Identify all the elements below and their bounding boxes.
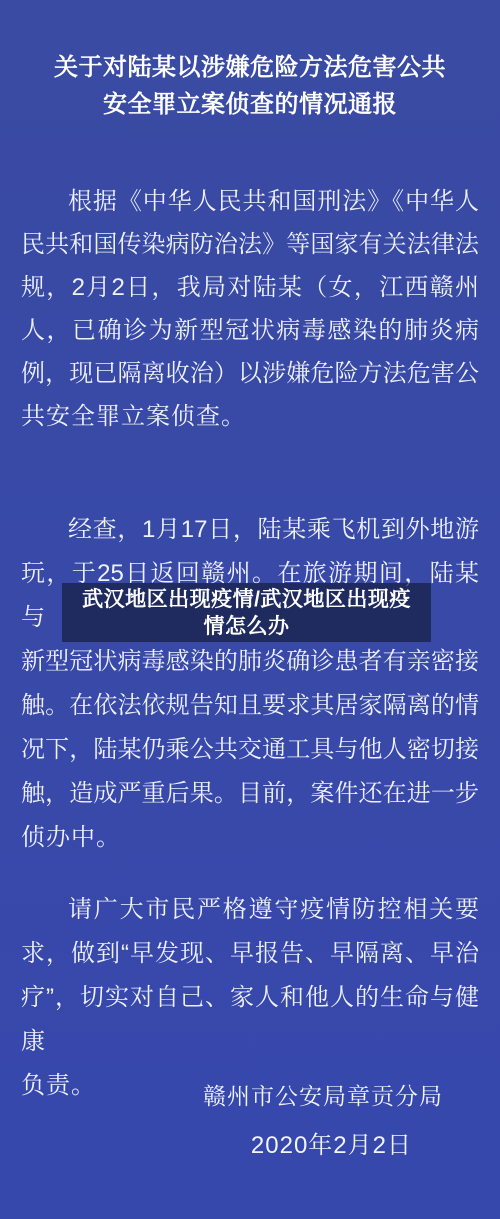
- body-line: 触，造成严重后果。目前，案件还在进一步: [21, 772, 479, 816]
- body-line: 民共和国传染病防治法》等国家有关法律法: [21, 223, 479, 266]
- paragraph-investigation-findings: 经查，1月17日，陆某乘飞机到外地游 玩，于25日返回赣州。在旅游期间，陆某与 …: [21, 508, 479, 860]
- paragraph-legal-basis: 根据《中华人民共和国刑法》《中华人 民共和国传染病防治法》等国家有关法律法 规，…: [21, 180, 479, 438]
- body-line: 疗”，切实对自己、家人和他人的生命与健康: [21, 976, 479, 1064]
- search-caption-overlay: 武汉地区出现疫情/武汉地区出现疫 情怎么办: [62, 583, 431, 642]
- notice-title: 关于对陆某以涉嫌危险方法危害公共 安全罪立案侦查的情况通报: [0, 49, 500, 123]
- caption-line-2: 情怎么办: [62, 613, 431, 640]
- caption-line-1: 武汉地区出现疫情/武汉地区出现疫: [62, 586, 431, 613]
- notice-title-line-2: 安全罪立案侦查的情况通报: [0, 86, 500, 123]
- body-line: 况下，陆某仍乘公共交通工具与他人密切接: [21, 728, 479, 772]
- body-line: 共安全罪立案侦查。: [21, 395, 479, 438]
- body-line: 经查，1月17日，陆某乘飞机到外地游: [21, 508, 479, 552]
- body-line: 触。在依法依规告知且要求其居家隔离的情: [21, 684, 479, 728]
- body-line: 请广大市民严格遵守疫情防控相关要: [21, 888, 479, 932]
- paragraph-public-appeal: 请广大市民严格遵守疫情防控相关要 求，做到“早发现、早报告、早隔离、早治 疗”，…: [21, 888, 479, 1108]
- notice-title-line-1: 关于对陆某以涉嫌危险方法危害公共: [0, 49, 500, 86]
- body-line: 例，现已隔离收治）以涉嫌危险方法危害公: [21, 352, 479, 395]
- police-notice-page: 关于对陆某以涉嫌危险方法危害公共 安全罪立案侦查的情况通报 根据《中华人民共和国…: [0, 0, 500, 1219]
- body-line: 人，已确诊为新型冠状病毒感染的肺炎病: [21, 309, 479, 352]
- body-line: 根据《中华人民共和国刑法》《中华人: [21, 180, 479, 223]
- body-line: 新型冠状病毒感染的肺炎确诊患者有亲密接: [21, 640, 479, 684]
- issuing-authority: 赣州市公安局章贡分局: [203, 1081, 443, 1111]
- issue-date: 2020年2月2日: [251, 1131, 412, 1161]
- body-line: 侦办中。: [21, 816, 479, 860]
- body-line: 规，2月2日，我局对陆某（女，江西赣州: [21, 266, 479, 309]
- body-line: 求，做到“早发现、早报告、早隔离、早治: [21, 932, 479, 976]
